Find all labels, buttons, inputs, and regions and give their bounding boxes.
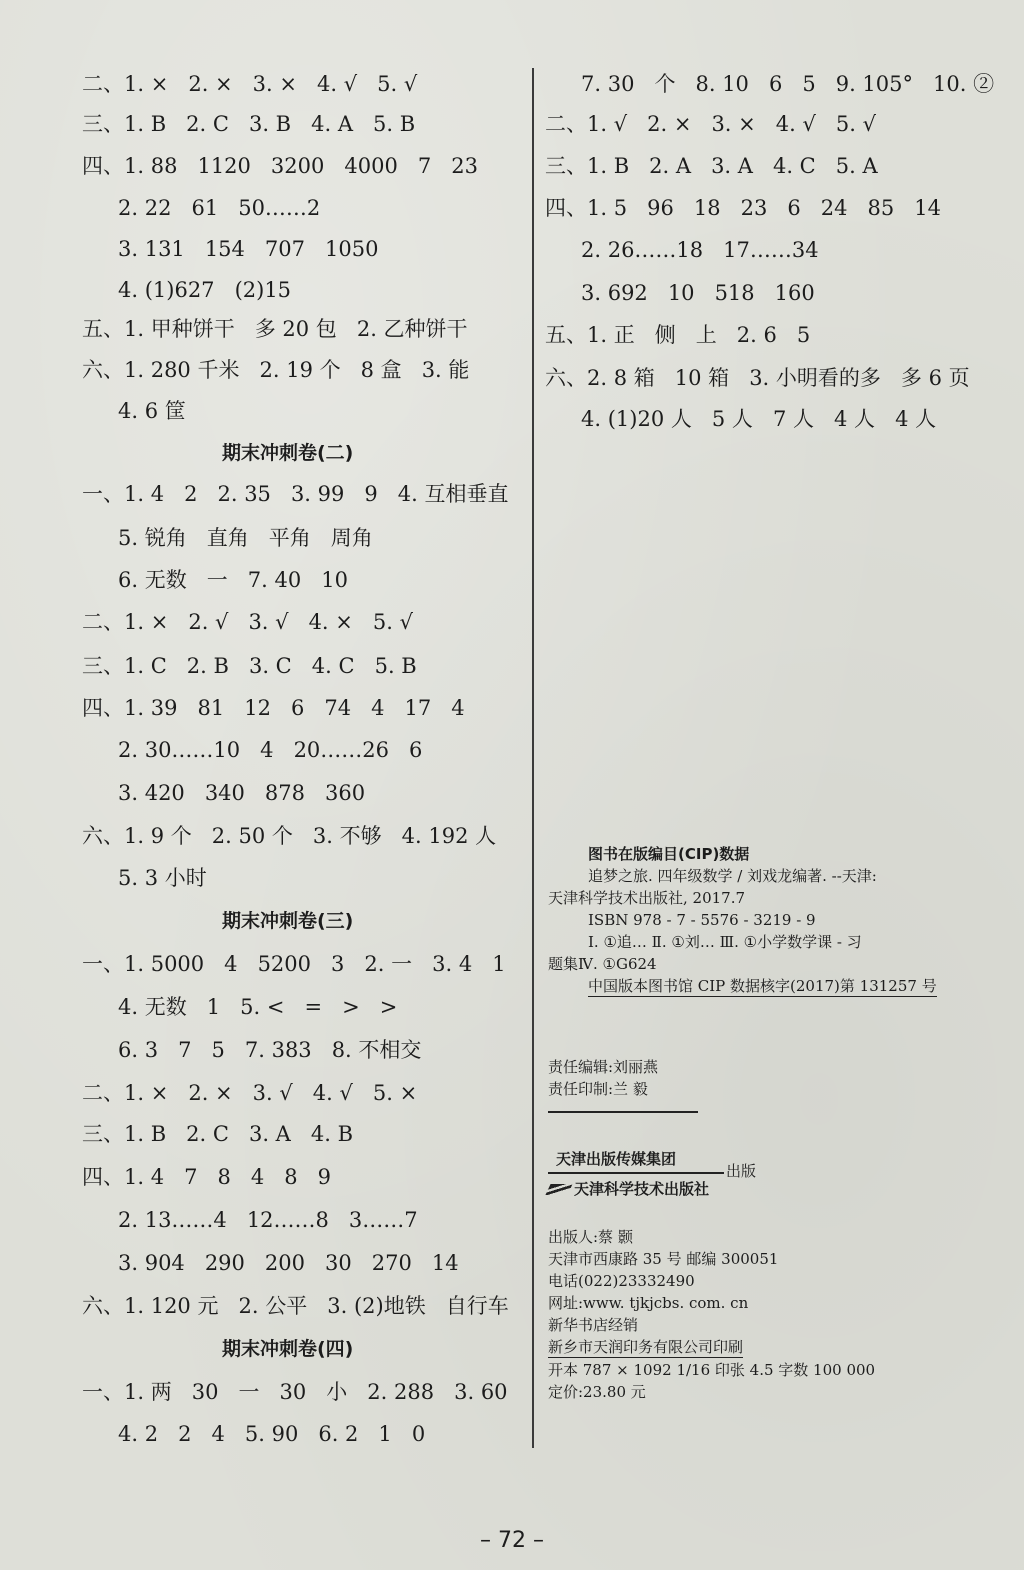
- answer-line: 3. 904 290 200 30 270 14: [82, 1249, 459, 1277]
- cip-title: 图书在版编目(CIP)数据: [588, 845, 749, 864]
- answer-line: 四、1. 39 81 12 6 74 4 17 4: [82, 694, 465, 722]
- publisher-rule: [548, 1172, 724, 1174]
- answer-line: 一、1. 4 2 2. 35 3. 99 9 4. 互相垂直: [82, 480, 509, 508]
- publisher-name-text: 天津科学技术出版社: [574, 1180, 709, 1198]
- answer-line: 六、1. 9 个 2. 50 个 3. 不够 4. 192 人: [82, 822, 496, 850]
- publisher-logo-icon: [545, 1184, 572, 1195]
- phone: 电话(022)23332490: [548, 1272, 695, 1291]
- responsible-editor: 责任编辑:刘丽燕: [548, 1058, 658, 1077]
- answer-line: 三、1. B 2. C 3. A 4. B: [82, 1120, 353, 1148]
- isbn: ISBN 978 - 7 - 5576 - 3219 - 9: [588, 911, 816, 930]
- section-heading-exam-2: 期末冲刺卷(二): [222, 440, 353, 466]
- publish-label: 出版: [726, 1162, 756, 1181]
- answer-line: 4. (1)20 人 5 人 7 人 4 人 4 人: [545, 405, 936, 433]
- answer-line: 5. 3 小时: [82, 864, 207, 892]
- answer-line: 五、1. 甲种饼干 多 20 包 2. 乙种饼干: [82, 315, 468, 343]
- distributor: 新华书店经销: [548, 1316, 638, 1335]
- answer-line: 一、1. 两 30 一 30 小 2. 288 3. 60: [82, 1378, 508, 1406]
- answer-line: 7. 30 个 8. 10 6 5 9. 105° 10. ②: [545, 70, 994, 98]
- section-heading-exam-3: 期末冲刺卷(三): [222, 908, 353, 934]
- answer-line: 2. 13……4 12……8 3……7: [82, 1206, 418, 1234]
- answer-line: 4. (1)627 (2)15: [82, 276, 291, 304]
- answer-line: 2. 30……10 4 20……26 6: [82, 736, 422, 764]
- answer-line: 三、1. B 2. C 3. B 4. A 5. B: [82, 110, 415, 138]
- publisher-name: 天津科学技术出版社: [548, 1180, 709, 1199]
- answer-line: 二、1. × 2. √ 3. √ 4. × 5. √: [82, 608, 413, 636]
- answer-line: 3. 131 154 707 1050: [82, 235, 378, 263]
- answer-line: 六、2. 8 箱 10 箱 3. 小明看的多 多 6 页: [545, 364, 970, 392]
- book-format: 开本 787 × 1092 1/16 印张 4.5 字数 100 000: [548, 1361, 875, 1380]
- cip-approval-number: 中国版本图书馆 CIP 数据核字(2017)第 131257 号: [588, 977, 937, 997]
- answer-line: 二、1. × 2. × 3. √ 4. √ 5. ×: [82, 1079, 417, 1107]
- answer-line: 3. 692 10 518 160: [545, 279, 815, 307]
- answer-line: 六、1. 120 元 2. 公平 3. (2)地铁 自行车: [82, 1292, 509, 1320]
- publisher-person: 出版人:蔡 颢: [548, 1228, 633, 1247]
- page-number: – 72 –: [0, 1528, 1024, 1553]
- answer-line: 一、1. 5000 4 5200 3 2. 一 3. 4 1: [82, 950, 506, 978]
- answer-line: 四、1. 5 96 18 23 6 24 85 14: [545, 194, 941, 222]
- printer: 新乡市天润印务有限公司印刷: [548, 1338, 743, 1358]
- answer-line: 5. 锐角 直角 平角 周角: [82, 524, 373, 552]
- column-divider: [532, 68, 534, 1448]
- answer-line: 4. 无数 1 5. < = > >: [82, 993, 397, 1021]
- answer-line: 六、1. 280 千米 2. 19 个 8 盒 3. 能: [82, 356, 469, 384]
- answer-line: 四、1. 4 7 8 4 8 9: [82, 1163, 331, 1191]
- cip-line: 题集Ⅳ. ①G624: [548, 955, 657, 974]
- answer-line: 2. 26……18 17……34: [545, 236, 819, 264]
- answer-line: 4. 2 2 4 5. 90 6. 2 1 0: [82, 1420, 425, 1448]
- answer-line: 四、1. 88 1120 3200 4000 7 23: [82, 152, 478, 180]
- answer-line: 二、1. √ 2. × 3. × 4. √ 5. √: [545, 110, 876, 138]
- cip-line: 天津科学技术出版社, 2017.7: [548, 889, 745, 908]
- answer-line: 二、1. × 2. × 3. × 4. √ 5. √: [82, 70, 417, 98]
- answer-line: 3. 420 340 878 360: [82, 779, 365, 807]
- answer-line: 三、1. B 2. A 3. A 4. C 5. A: [545, 152, 878, 180]
- website: 网址:www. tjkjcbs. com. cn: [548, 1294, 748, 1313]
- cip-line: 追梦之旅. 四年级数学 / 刘戏龙编著. --天津:: [588, 867, 877, 886]
- cip-line: Ⅰ. ①追… Ⅱ. ①刘… Ⅲ. ①小学数学课 - 习: [588, 933, 862, 952]
- answer-line: 4. 6 筐: [82, 397, 186, 425]
- responsible-printing: 责任印制:兰 毅: [548, 1080, 648, 1099]
- answer-line: 三、1. C 2. B 3. C 4. C 5. B: [82, 652, 417, 680]
- answer-line: 6. 3 7 5 7. 383 8. 不相交: [82, 1036, 421, 1064]
- section-heading-exam-4: 期末冲刺卷(四): [222, 1336, 353, 1362]
- separator-rule: [548, 1111, 698, 1113]
- answer-line: 2. 22 61 50……2: [82, 194, 320, 222]
- answer-line: 五、1. 正 侧 上 2. 6 5: [545, 321, 810, 349]
- answer-line: 6. 无数 一 7. 40 10: [82, 566, 348, 594]
- address: 天津市西康路 35 号 邮编 300051: [548, 1250, 778, 1269]
- publishing-group: 天津出版传媒集团: [556, 1150, 676, 1169]
- price: 定价:23.80 元: [548, 1383, 646, 1402]
- answer-key-page: 二、1. × 2. × 3. × 4. √ 5. √ 三、1. B 2. C 3…: [0, 0, 1024, 1570]
